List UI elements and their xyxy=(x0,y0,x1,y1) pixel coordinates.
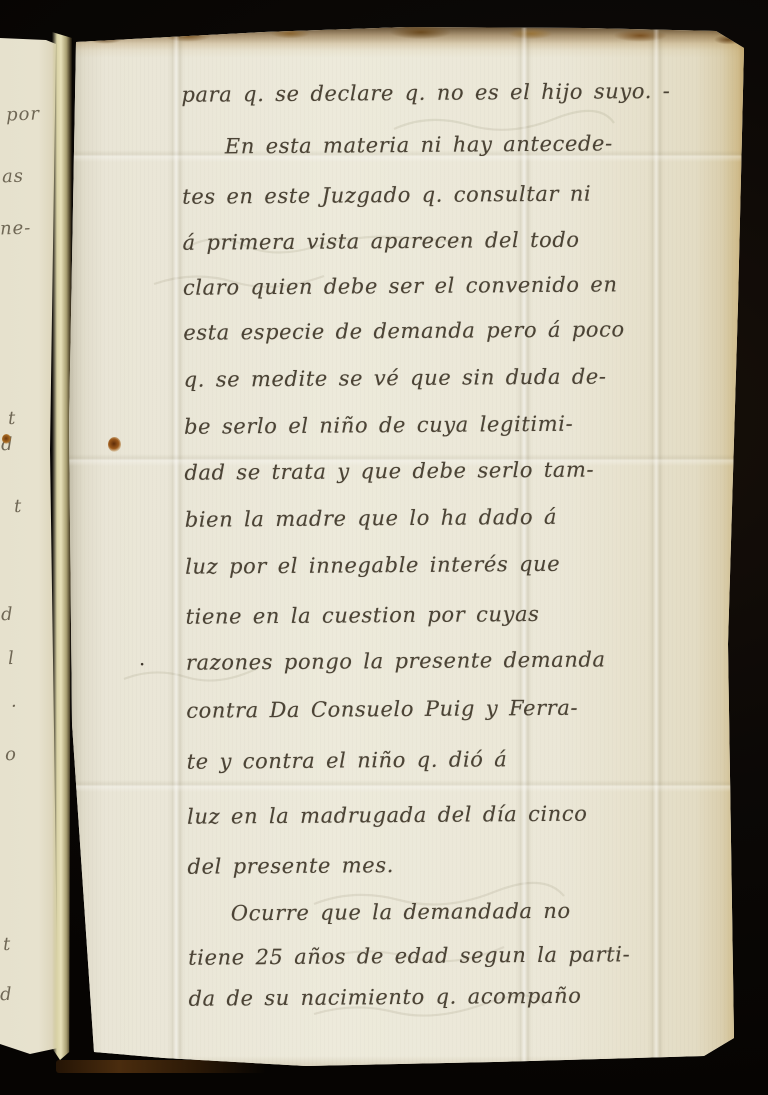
manuscript-line: be serlo el niño de cuya legitimi- xyxy=(184,407,744,441)
facing-page-fragment: t xyxy=(14,496,23,517)
facing-page-fragment: por xyxy=(6,103,41,125)
manuscript-line: tiene 25 años de edad segun la parti- xyxy=(188,938,748,972)
manuscript-line: para q. se declare q. no es el hijo suyo… xyxy=(181,75,741,109)
page-fore-edge xyxy=(52,32,72,1064)
manuscript-line: dad se trata y que debe serlo tam- xyxy=(184,453,744,487)
manuscript-line: q. se medite se vé que sin duda de- xyxy=(184,360,744,394)
facing-page-fragment: o xyxy=(5,744,18,765)
manuscript-line: razones pongo la presente demanda xyxy=(186,643,746,677)
manuscript-line: bien la madre que lo ha dado á xyxy=(185,500,745,534)
facing-page-fragment: t xyxy=(3,934,12,955)
manuscript-page: para q. se declare q. no es el hijo suyo… xyxy=(64,24,750,1072)
facing-page-fragment: · xyxy=(11,696,18,717)
facing-page-fragment: t xyxy=(8,408,17,429)
manuscript-line: contra Da Consuelo Puig y Ferra- xyxy=(186,691,746,725)
manuscript-line: da de su nacimiento q. acompaño xyxy=(188,979,748,1013)
facing-page-fragment: d xyxy=(1,604,14,625)
manuscript-line: Ocurre que la demandada no xyxy=(231,894,768,928)
manuscript-line: tes en este Juzgado q. consultar ni xyxy=(182,177,742,211)
margin-ink-dot: · xyxy=(139,652,146,676)
facing-page-fragment: ne- xyxy=(0,217,32,239)
fox-spot xyxy=(2,434,11,444)
manuscript-line: esta especie de demanda pero á poco xyxy=(183,313,743,347)
facing-page-fragment: d xyxy=(0,984,13,1005)
manuscript-line: claro quien debe ser el convenido en xyxy=(183,268,743,302)
manuscript-line: luz en la madrugada del día cinco xyxy=(187,797,747,831)
manuscript-line: del presente mes. xyxy=(187,847,747,881)
facing-page-fragment: l xyxy=(8,648,15,669)
manuscript-line: En esta materia ni hay antecede- xyxy=(225,127,768,161)
manuscript-line: tiene en la cuestion por cuyas xyxy=(185,597,745,631)
manuscript-line: luz por el innegable interés que xyxy=(185,547,745,581)
facing-page-fragment: as xyxy=(2,166,25,188)
handwritten-text: para q. se declare q. no es el hijo suyo… xyxy=(60,21,754,1074)
manuscript-photo: por as ne- t d t d l · o t d xyxy=(0,0,768,1095)
manuscript-line: te y contra el niño q. dió á xyxy=(187,742,747,776)
manuscript-line: á primera vista aparecen del todo xyxy=(182,223,742,257)
